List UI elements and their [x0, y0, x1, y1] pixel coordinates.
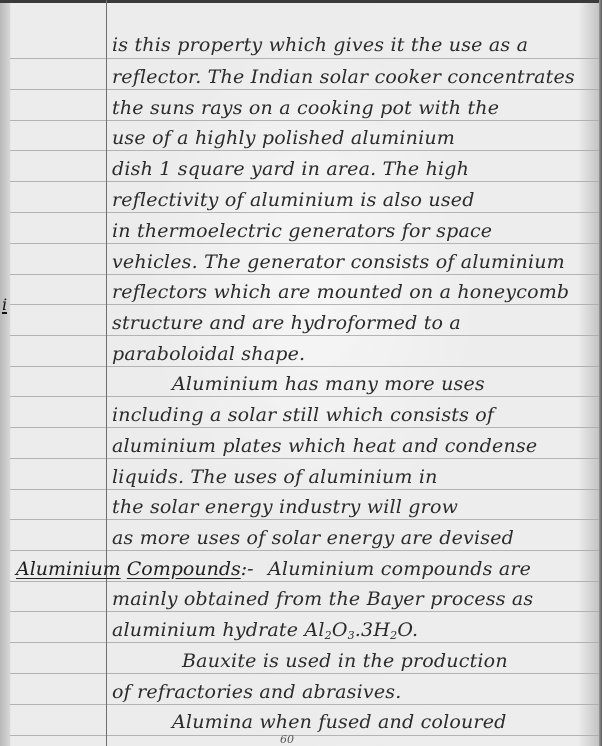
ruled-line [10, 519, 599, 520]
paragraph-start-line: Aluminium has many more uses [172, 373, 485, 395]
ruled-line [10, 581, 599, 582]
ruled-line [10, 427, 599, 428]
ruled-line [10, 212, 599, 213]
formula-al: Al [304, 619, 324, 641]
paragraph-start-line: Bauxite is used in the production [182, 650, 508, 672]
section-heading: Aluminium Compounds:- [16, 558, 254, 580]
page-top-border [0, 0, 602, 3]
formula-sub: 3 [348, 629, 355, 642]
ruled-line [10, 150, 599, 151]
text-line: of refractories and abrasives. [112, 681, 401, 703]
margin-annotation: i [2, 298, 7, 314]
text-line: paraboloidal shape. [112, 343, 305, 365]
ruled-line [10, 642, 599, 643]
ruled-line [10, 181, 599, 182]
formula-end: O. [397, 619, 418, 641]
text-line: reflectors which are mounted on a honeyc… [112, 281, 569, 303]
text-line: Aluminium compounds are [268, 558, 531, 580]
text-line: vehicles. The generator consists of alum… [112, 251, 565, 273]
ruled-line [10, 335, 599, 336]
ruled-line [10, 704, 599, 705]
text-line: the solar energy industry will grow [112, 496, 458, 518]
formula-sub: 2 [325, 629, 332, 642]
text-line: mainly obtained from the Bayer process a… [112, 588, 533, 610]
text-line: as more uses of solar energy are devised [112, 527, 514, 549]
heading-word-aluminium: Aluminium [16, 558, 121, 580]
text-line: reflectivity of aluminium is also used [112, 189, 475, 211]
text-line: liquids. The uses of aluminium in [112, 466, 438, 488]
ruled-line [10, 396, 599, 397]
formula-o: O [332, 619, 348, 641]
heading-suffix: :- [241, 558, 254, 580]
page-number: 60 [280, 733, 294, 746]
ruled-line [10, 304, 599, 305]
text-line: structure and are hydroformed to a [112, 312, 461, 334]
text-line: in thermoelectric generators for space [112, 220, 492, 242]
formula-water: .3H [355, 619, 390, 641]
page-binding-edge [0, 0, 10, 746]
text-line: including a solar still which consists o… [112, 404, 494, 426]
ruled-line [10, 89, 599, 90]
ruled-line [10, 120, 599, 121]
ruled-line [10, 274, 599, 275]
ruled-line [10, 611, 599, 612]
margin-line [106, 0, 107, 746]
text-line: is this property which gives it the use … [112, 34, 528, 56]
text-line: aluminium plates which heat and condense [112, 435, 537, 457]
ruled-line [10, 458, 599, 459]
formula-line: aluminium hydrate Al2O3.3H2O. [112, 619, 418, 642]
ruled-line [10, 366, 599, 367]
notebook-page: i is this property which gives it the us… [0, 0, 602, 746]
text-line: the suns rays on a cooking pot with the [112, 97, 499, 119]
formula-prefix: aluminium hydrate [112, 619, 304, 641]
ruled-line [10, 550, 599, 551]
text-line: dish 1 square yard in area. The high [112, 158, 469, 180]
heading-word-compounds: Compounds [127, 558, 241, 580]
ruled-line [10, 735, 599, 736]
text-line: reflector. The Indian solar cooker conce… [112, 66, 575, 88]
paragraph-start-line: Alumina when fused and coloured [172, 711, 507, 733]
text-line: use of a highly polished aluminium [112, 127, 455, 149]
chemical-formula: Al2O3.3H2O. [304, 619, 418, 641]
ruled-line [10, 243, 599, 244]
ruled-line [10, 58, 599, 59]
ruled-line [10, 673, 599, 674]
ruled-line [10, 489, 599, 490]
